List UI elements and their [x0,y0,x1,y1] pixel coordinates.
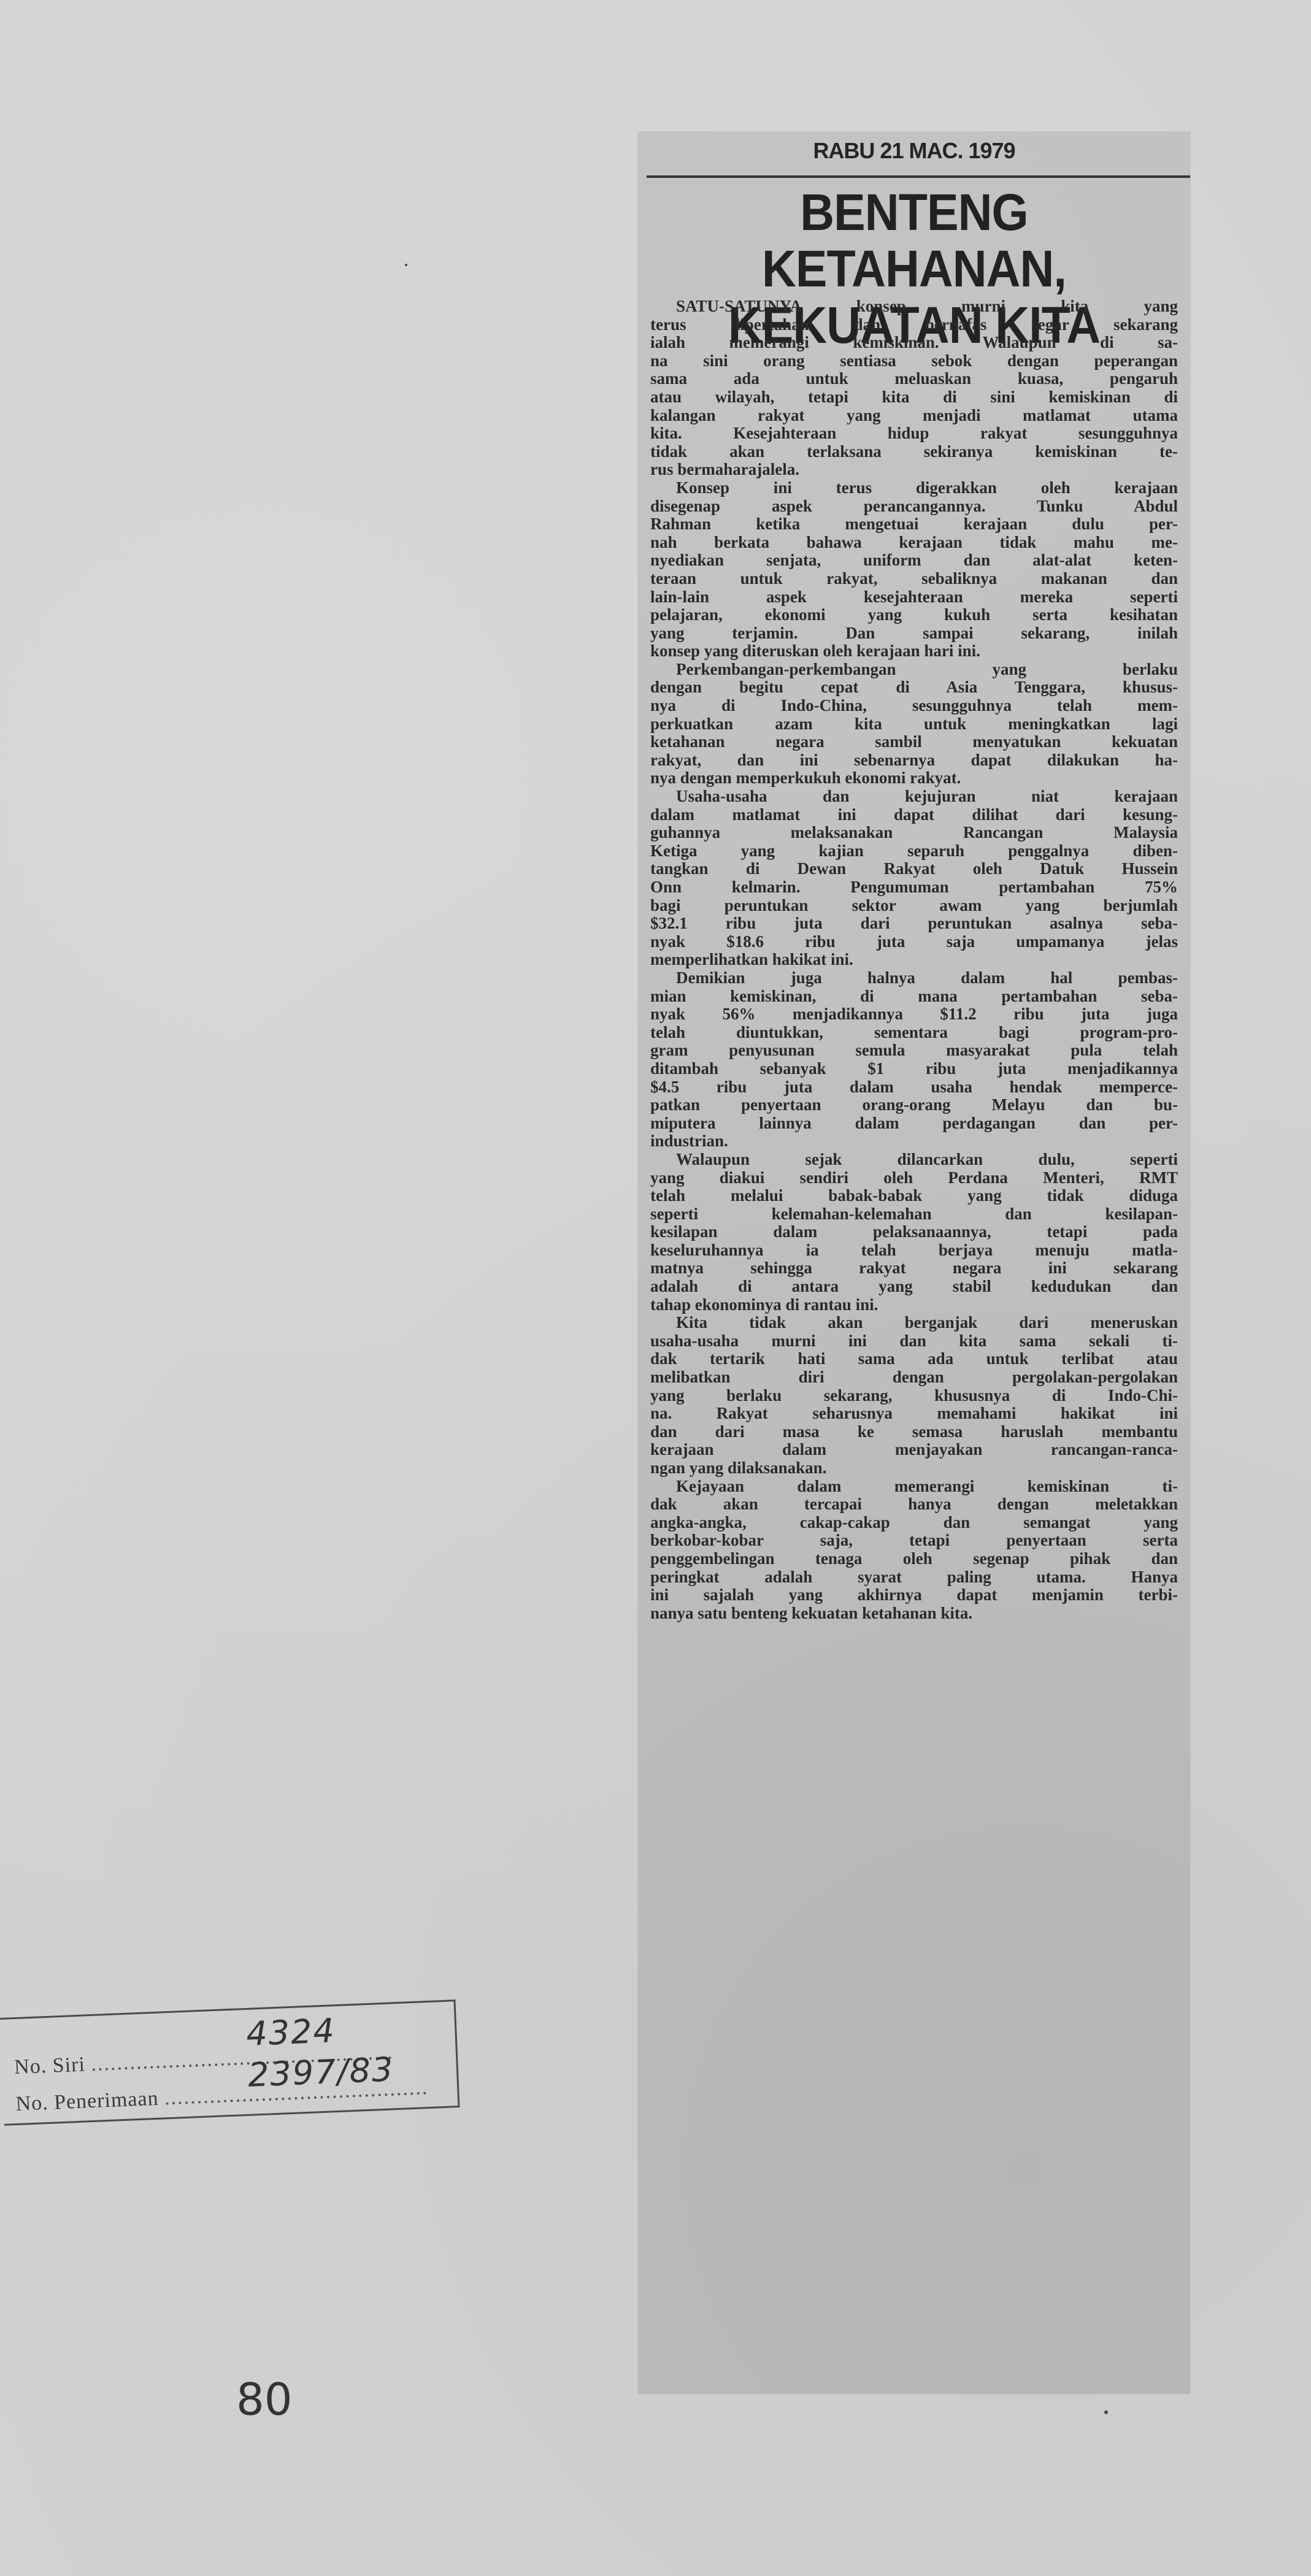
article-paragraph: Usaha-usaha dan kejujuran niat kerajaand… [650,788,1178,969]
article-line: sama ada untuk meluaskan kuasa, pengaruh [650,370,1178,388]
article-line: berkobar-kobar saja, tetapi penyertaan s… [650,1531,1178,1550]
article-line: Kejayaan dalam memerangi kemiskinan ti- [650,1478,1178,1496]
article-line: memperlihatkan hakikat ini. [650,951,1178,969]
article-paragraph: Kejayaan dalam memerangi kemiskinan ti-d… [650,1478,1178,1623]
article-line: gram penyusunan semula masyarakat pula t… [650,1041,1178,1060]
receipt-number-handwritten: 2397/83 [247,2050,395,2095]
article-line: rus bermaharajalela. [650,461,1178,479]
article-paragraph: Perkembangan-perkembangan yang berlakude… [650,661,1178,788]
article-line: ini sajalah yang akhirnya dapat menjamin… [650,1586,1178,1604]
article-line: telah diuntukkan, sementara bagi program… [650,1024,1178,1042]
article-line: Perkembangan-perkembangan yang berlaku [650,661,1178,679]
article-line: Kita tidak akan berganjak dari meneruska… [650,1314,1178,1332]
article-line: industrian. [650,1132,1178,1151]
article-line: kerajaan dalam menjayakan rancangan-ranc… [650,1441,1178,1459]
article-line: mian kemiskinan, di mana pertambahan seb… [650,987,1178,1006]
article-line: dalam matlamat ini dapat dilihat dari ke… [650,806,1178,824]
headline-line-1: BENTENG KETAHANAN, [660,184,1168,297]
newspaper-clipping: RABU 21 MAC. 1979 BENTENG KETAHANAN, KEK… [638,132,1190,2394]
article-line: kalangan rakyat yang menjadi matlamat ut… [650,407,1178,425]
article-line: usaha-usaha murni ini dan kita sama seka… [650,1332,1178,1351]
receipt-number-label: No. Penerimaan [15,2087,159,2115]
article-line: nah berkata bahawa kerajaan tidak mahu m… [650,534,1178,552]
article-line: terus dipertahan dan bernafas segar seka… [650,316,1178,334]
article-line: kesilapan dalam pelaksanaannya, tetapi p… [650,1223,1178,1241]
article-line: dak tertarik hati sama ada untuk terliba… [650,1350,1178,1368]
article-line: dan dari masa ke semasa haruslah membant… [650,1423,1178,1441]
article-paragraph: SATU-SATUNYA konsep murni kita yangterus… [650,297,1178,479]
article-line: atau wilayah, tetapi kita di sini kemisk… [650,388,1178,407]
dust-speck [405,264,407,266]
article-line: konsep yang diteruskan oleh kerajaan har… [650,642,1178,661]
article-paragraph: Demikian juga halnya dalam hal pembas-mi… [650,969,1178,1151]
article-line: melibatkan diri dengan pergolakan-pergol… [650,1368,1178,1387]
article-line: disegenap aspek perancangannya. Tunku Ab… [650,497,1178,516]
article-line: seperti kelemahan-kelemahan dan kesilapa… [650,1205,1178,1224]
article-line: na sini orang sentiasa sebok dengan pepe… [650,352,1178,370]
article-line: lain-lain aspek kesejahteraan mereka sep… [650,588,1178,607]
article-line: ngan yang dilaksanakan. [650,1459,1178,1478]
serial-number-label: No. Siri [14,2053,86,2079]
article-line: matnya sehingga rakyat negara ini sekara… [650,1259,1178,1278]
article-line: Demikian juga halnya dalam hal pembas- [650,969,1178,987]
article-paragraph: Walaupun sejak dilancarkan dulu, seperti… [650,1151,1178,1314]
article-line: yang terjamin. Dan sampai sekarang, inil… [650,624,1178,643]
article-line: guhannya melaksanakan Rancangan Malaysia [650,824,1178,842]
article-line: miputera lainnya dalam perdagangan dan p… [650,1114,1178,1133]
article-paragraph: Konsep ini terus digerakkan oleh kerajaa… [650,479,1178,661]
article-line: $32.1 ribu juta dari peruntukan asalnya … [650,914,1178,933]
article-line: dengan begitu cepat di Asia Tenggara, kh… [650,678,1178,697]
article-line: na. Rakyat seharusnya memahami hakikat i… [650,1405,1178,1423]
article-line: angka-angka, cakap-cakap dan semangat ya… [650,1514,1178,1532]
article-line: rakyat, dan ini sebenarnya dapat dilakuk… [650,751,1178,770]
article-line: telah melalui babak-babak yang tidak did… [650,1187,1178,1205]
article-line: Rahman ketika mengetuai kerajaan dulu pe… [650,515,1178,534]
article-line: tidak akan terlaksana sekiranya kemiskin… [650,443,1178,461]
article-line: keseluruhannya ia telah berjaya menuju m… [650,1241,1178,1260]
article-line: tangkan di Dewan Rakyat oleh Datuk Husse… [650,860,1178,878]
article-line: Ketiga yang kajian separuh penggalnya di… [650,842,1178,861]
article-line: penggembelingan tenaga oleh segenap piha… [650,1550,1178,1568]
article-line: bagi peruntukan sektor awam yang berjuml… [650,897,1178,915]
article-body: SATU-SATUNYA konsep murni kita yangterus… [650,297,1178,1622]
article-line: nya di Indo-China, sesungguhnya telah me… [650,697,1178,715]
article-line: patkan penyertaan orang-orang Melayu dan… [650,1096,1178,1114]
article-line: kita. Kesejahteraan hidup rakyat sesungg… [650,424,1178,443]
article-line: Walaupun sejak dilancarkan dulu, seperti [650,1151,1178,1169]
article-line: ditambah sebanyak $1 ribu juta menjadika… [650,1060,1178,1078]
article-line: pelajaran, ekonomi yang kukuh serta kesi… [650,606,1178,624]
article-line: adalah di antara yang stabil kedudukan d… [650,1278,1178,1296]
dateline: RABU 21 MAC. 1979 [638,138,1190,164]
article-paragraph: Kita tidak akan berganjak dari meneruska… [650,1314,1178,1477]
article-line: Konsep ini terus digerakkan oleh kerajaa… [650,479,1178,497]
article-line: ialah memerangi kemiskinan. Walaupun di … [650,334,1178,352]
article-line: peringkat adalah syarat paling utama. Ha… [650,1568,1178,1587]
article-line: nyediakan senjata, uniform dan alat-alat… [650,551,1178,570]
article-line: nanya satu benteng kekuatan ketahanan ki… [650,1604,1178,1623]
article-line: teraan untuk rakyat, sebaliknya makanan … [650,570,1178,588]
article-line: $4.5 ribu juta dalam usaha hendak memper… [650,1078,1178,1097]
article-line: yang berlaku sekarang, khususnya di Indo… [650,1387,1178,1405]
article-line: nya dengan memperkukuh ekonomi rakyat. [650,769,1178,788]
article-line: perkuatkan azam kita untuk meningkatkan … [650,715,1178,734]
article-line: dak akan tercapai hanya dengan meletakka… [650,1495,1178,1514]
page-number: 80 [236,2374,293,2425]
article-line: Usaha-usaha dan kejujuran niat kerajaan [650,788,1178,806]
article-line: nyak 56% menjadikannya $11.2 ribu juta j… [650,1005,1178,1024]
article-line: yang diakui sendiri oleh Perdana Menteri… [650,1169,1178,1187]
article-line: nyak $18.6 ribu juta saja umpamanya jela… [650,933,1178,951]
article-line: ketahanan negara sambil menyatukan kekua… [650,733,1178,751]
dust-speck [1104,2410,1108,2414]
article-line: Onn kelmarin. Pengumuman pertambahan 75% [650,878,1178,897]
serial-number-handwritten: 4324 [245,2011,336,2053]
archive-stamp-box: No. Siri ...............................… [0,1999,459,2126]
article-line: tahap ekonominya di rantau ini. [650,1296,1178,1314]
dateline-rule [647,175,1190,178]
article-line: SATU-SATUNYA konsep murni kita yang [650,297,1178,316]
